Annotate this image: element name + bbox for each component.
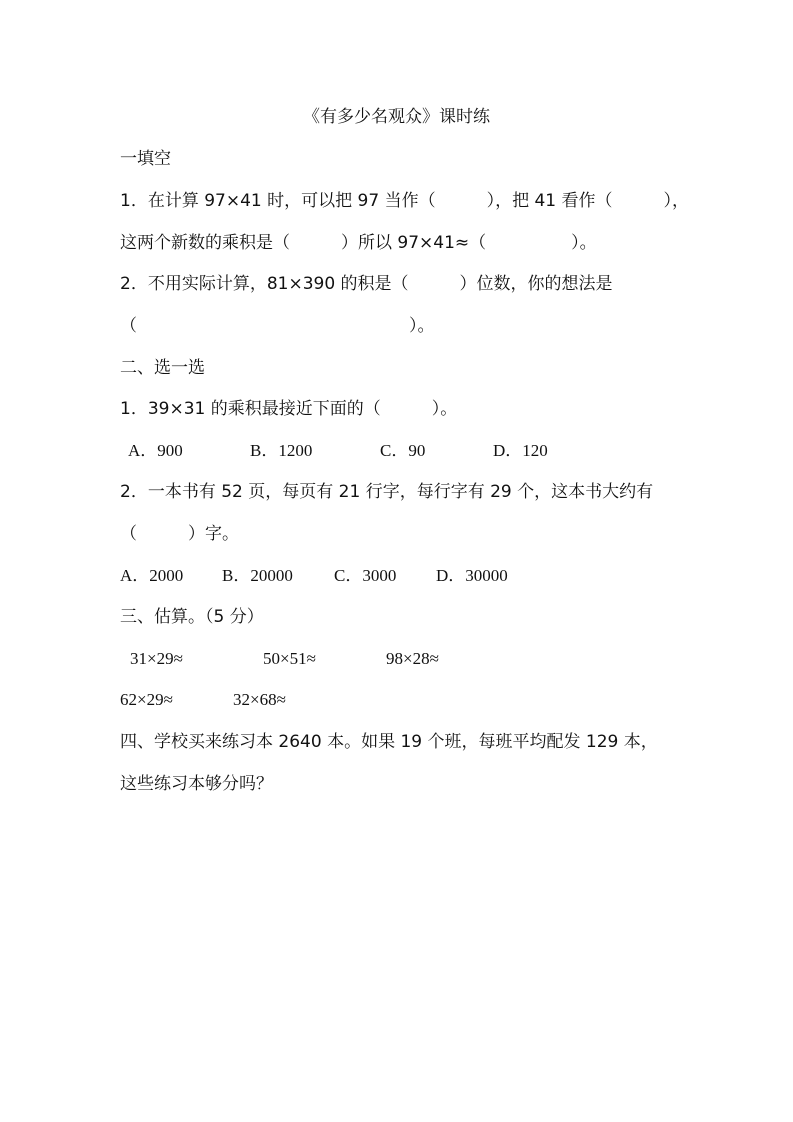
option-2-2-d: D．30000 [436, 565, 508, 587]
question-1-1-line-1: 1．在计算 97×41 时，可以把 97 当作（ ），把 41 看作（ ）， [120, 190, 689, 212]
question-1-1-line-2: 这两个新数的乘积是（ ）所以 97×41≈（ ）。 [120, 232, 597, 254]
expression-5: 32×68≈ [233, 689, 286, 711]
question-2-2-line-2: （ ）字。 [120, 523, 239, 545]
word-problem-line-2: 这些练习本够分吗？ [120, 773, 273, 795]
section-heading-estimation: 三、估算。（5 分） [120, 606, 264, 628]
option-2-1-d: D．120 [493, 440, 548, 462]
option-2-2-b: B．20000 [222, 565, 293, 587]
option-2-2-c: C．3000 [334, 565, 396, 587]
page-title: 《有多少名观众》课时练 [0, 106, 793, 128]
question-1-2-line-1: 2．不用实际计算，81×390 的积是（ ）位数，你的想法是 [120, 273, 613, 295]
option-2-1-a: A．900 [128, 440, 183, 462]
section-heading-fill-blank: 一填空 [120, 148, 171, 170]
section-heading-multiple-choice: 二、选一选 [120, 357, 205, 379]
expression-3: 98×28≈ [386, 648, 439, 670]
option-2-1-c: C．90 [380, 440, 425, 462]
option-2-2-a: A．2000 [120, 565, 183, 587]
question-1-2-line-2: （ ）。 [120, 315, 435, 337]
question-2-1: 1．39×31 的乘积最接近下面的（ ）。 [120, 398, 457, 420]
word-problem-line-1: 四、学校买来练习本 2640 本。如果 19 个班，每班平均配发 129 本， [120, 731, 658, 753]
question-2-2-line-1: 2．一本书有 52 页，每页有 21 行字，每行字有 29 个，这本书大约有 [120, 481, 653, 503]
expression-2: 50×51≈ [263, 648, 316, 670]
expression-1: 31×29≈ [130, 648, 183, 670]
expression-4: 62×29≈ [120, 689, 173, 711]
option-2-1-b: B．1200 [250, 440, 312, 462]
